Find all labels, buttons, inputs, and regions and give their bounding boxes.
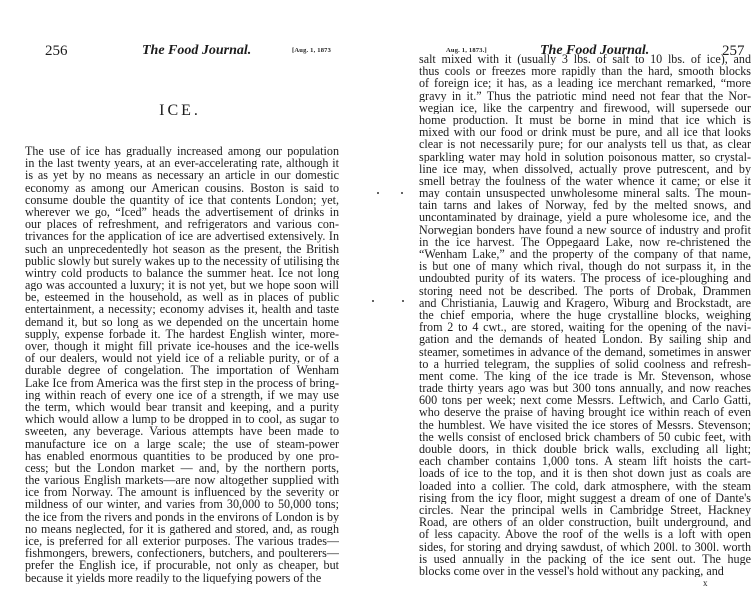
left-page: 256 The Food Journal. [Aug. 1, 1873 ICE.… [0, 0, 360, 592]
text-line: of foreign ice; it has, as a leading ice… [419, 77, 751, 89]
right-text-column: salt mixed with it (usually 3 lbs. of sa… [419, 53, 751, 577]
text-line: the various English markets—are now alto… [25, 474, 339, 486]
text-line: trade thirty years ago was but 300 tons … [419, 382, 751, 394]
text-line: manufacture ice on a large scale; the us… [25, 438, 339, 450]
text-line: who deserve the praise of having brought… [419, 406, 751, 418]
text-line: because it yields more readily to the li… [25, 572, 339, 584]
text-line: rising from the icy floor, might suggest… [419, 492, 751, 504]
text-line: is used annually in the packing of the i… [419, 553, 751, 565]
text-line: sparkling water may hold in solution poi… [419, 151, 751, 163]
text-line: salt mixed with it (usually 3 lbs. of sa… [419, 53, 751, 65]
gutter-speck [372, 300, 374, 302]
text-line: prefer the English ice, if procurable, n… [25, 559, 339, 571]
text-line: wherever we go, “Iced” heads the adverti… [25, 206, 339, 218]
text-line: ice, is preferred for all exterior purpo… [25, 535, 339, 547]
text-line: from 2 to 4 cwt., are stored, waiting fo… [419, 321, 751, 333]
text-line: in the ice harvest. The Oppegaard Lake, … [419, 236, 751, 248]
text-line: undoubted purity of its waters. The proc… [419, 272, 751, 284]
text-line: of our dealers, would not yield ice of a… [25, 352, 339, 364]
left-text-column: The use of ice has gradually increased a… [25, 145, 339, 584]
text-line: economy as among our American cousins. B… [25, 182, 339, 194]
text-line: 600 tons per week; next come Messrs. Lef… [419, 394, 751, 406]
text-line: cess; but the London market — and, by th… [25, 462, 339, 474]
left-running-header: 256 The Food Journal. [Aug. 1, 1873 [0, 30, 360, 50]
text-line: each chamber contains 1,000 tons. A stea… [419, 455, 751, 467]
text-line: thus cools or freezes more rapidly than … [419, 65, 751, 77]
gutter-speck [377, 192, 379, 194]
text-line: The use of ice has gradually increased a… [25, 145, 339, 157]
text-line: mildness of our winter, and varies from … [25, 498, 339, 510]
text-line: consume double the quantity of ice that … [25, 194, 339, 206]
text-line: wintry cold products to balance the summ… [25, 267, 339, 279]
text-line: gravy in it.” Thus the patriotic mind ne… [419, 90, 751, 102]
text-line: line ice may, when dissolved, actually p… [419, 163, 751, 175]
gutter-speck [402, 300, 404, 302]
text-line: our places of refreshment, and refrigera… [25, 218, 339, 230]
text-line: “Wenham Lake,” and the property of the c… [419, 248, 751, 260]
text-line: clear is not necessarily pure; for our a… [419, 138, 751, 150]
text-line: over, though it might fill private ice-h… [25, 340, 339, 352]
journal-title: The Food Journal. [142, 43, 251, 59]
text-line: the term, which would bear transit and k… [25, 401, 339, 413]
text-line: ice from Norway. The amount is influence… [25, 486, 339, 498]
text-line: ment come. The king of the ice trade is … [419, 370, 751, 382]
text-line: and Christiania, Lauwig and Kragero, Wib… [419, 297, 751, 309]
text-line: ago was accounted a luxury; it is not ye… [25, 279, 339, 291]
text-line: sides, for storing and drying sawdust, o… [419, 541, 751, 553]
text-line: loaded into a collier. The cold, dark at… [419, 480, 751, 492]
text-line: in the last twenty years, at an ever-acc… [25, 157, 339, 169]
text-line: entertainment, a necessity; economy advi… [25, 303, 339, 315]
text-line: has enabled enormous quantities to be pr… [25, 450, 339, 462]
text-line: Lake Ice from America was the first step… [25, 377, 339, 389]
text-line: demand it, but so long as we depended on… [25, 316, 339, 328]
text-line: be, esteemed in the household, as well a… [25, 291, 339, 303]
text-line: the ice from the rivers and ponds in the… [25, 511, 339, 523]
issue-date: [Aug. 1, 1873 [292, 47, 331, 54]
text-line: uncontaminated by drainage, yield a pure… [419, 211, 751, 223]
page-number: 256 [45, 43, 68, 60]
text-line: circles. Near the principal wells in Cam… [419, 504, 751, 516]
text-line: supply, expense forbade it. The hardest … [25, 328, 339, 340]
text-line: is as yet by no means as necessary an ar… [25, 169, 339, 181]
text-line: tain tarns and lakes of Norway, fed by t… [419, 199, 751, 211]
text-line: no means neglected, for it is gathered a… [25, 523, 339, 535]
article-title: ICE. [0, 102, 360, 120]
text-line: home production. It must be borne in min… [419, 114, 751, 126]
text-line: public slowly but surely wakes up to the… [25, 255, 339, 267]
text-line: to a hurried telegram, the supplies of s… [419, 358, 751, 370]
signature-mark: x [703, 578, 708, 588]
text-line: smell betray the foulness of the water w… [419, 175, 751, 187]
text-line: loads of ice to the top, and it is then … [419, 467, 751, 479]
text-line: the humblest. We have visited the ice st… [419, 419, 751, 431]
text-line: may contain unsuspected unwholesome mine… [419, 187, 751, 199]
text-line: Road, are others of an older constructio… [419, 516, 751, 528]
text-line: is but one of many which rival, though d… [419, 260, 751, 272]
right-running-header: Aug. 1, 1873.] The Food Journal. 257 [400, 30, 755, 50]
text-line: blocks come over in the vessel's hold wi… [419, 565, 751, 577]
text-line: Norwegian bonders have found a new sourc… [419, 224, 751, 236]
text-line: gation and the demands of heated London.… [419, 333, 751, 345]
text-line: the wells consist of enclosed brick cham… [419, 431, 751, 443]
text-line: fishmongers, brewers, confectioners, but… [25, 547, 339, 559]
text-line: the chief emporia, where the huge crysta… [419, 309, 751, 321]
text-line: durable degree of congelation. The impor… [25, 364, 339, 376]
text-line: mixed with our food or drink must be pur… [419, 126, 751, 138]
text-line: trivances for the application of ice are… [25, 230, 339, 242]
text-line: ing within reach of every one ice of a s… [25, 389, 339, 401]
text-line: storing need not be described. The ports… [419, 285, 751, 297]
gutter-speck [401, 192, 403, 194]
text-line: wegian ice, like the carpentry and firew… [419, 102, 751, 114]
text-line: double doors, in thick double brick wall… [419, 443, 751, 455]
text-line: of less capacity. Above the roof of the … [419, 528, 751, 540]
text-line: steamer, sometimes in advance of the dem… [419, 346, 751, 358]
text-line: which would allow a lump to be dropped i… [25, 413, 339, 425]
text-line: such an unprecedentedly hot season as th… [25, 243, 339, 255]
text-line: sweeten, any beverage. Various attempts … [25, 425, 339, 437]
right-page: Aug. 1, 1873.] The Food Journal. 257 sal… [400, 0, 755, 592]
